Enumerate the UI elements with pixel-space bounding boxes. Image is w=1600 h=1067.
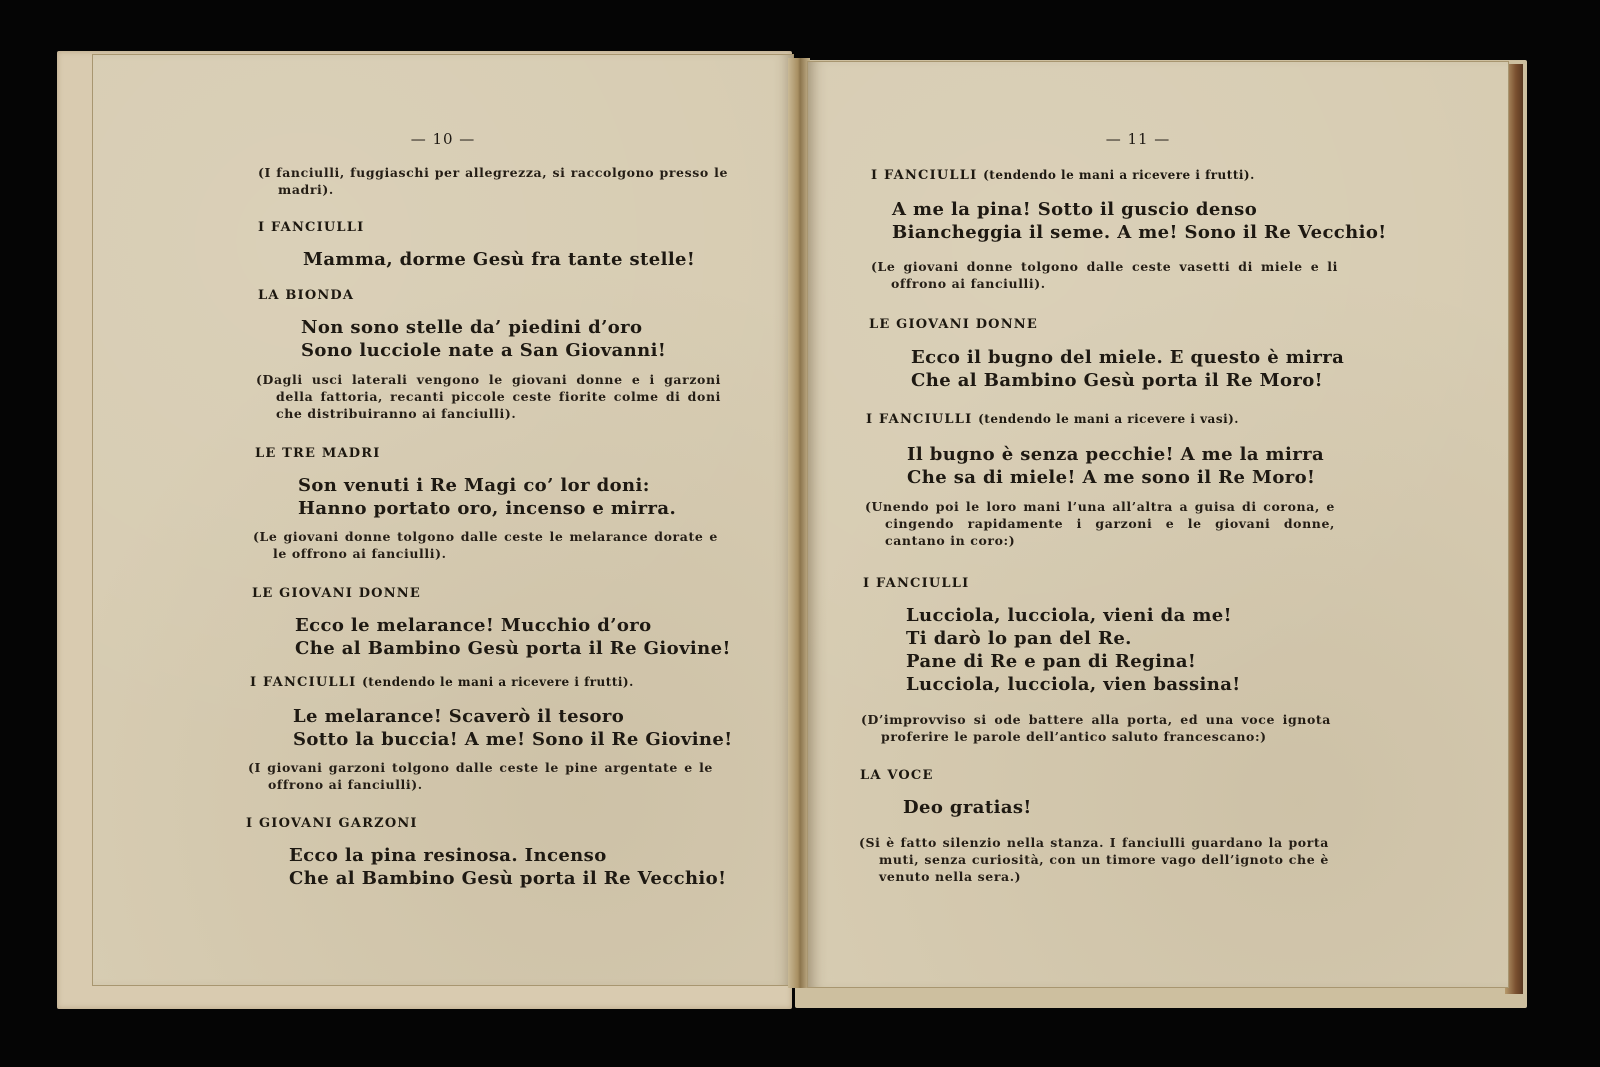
verse: Il bugno è senza pecchie! A me la mirra …: [907, 443, 1324, 489]
verse: Le melarance! Scaverò il tesoro Sotto la…: [293, 705, 733, 751]
verse-line: Deo gratias!: [903, 796, 1032, 819]
verse-line: Non sono stelle da’ piedini d’oro: [301, 316, 666, 339]
speaker-name: LA BIONDA: [258, 288, 354, 303]
verse-line: Hanno portato oro, incenso e mirra.: [298, 497, 676, 520]
stage-note: (tendendo le mani a ricevere i vasi).: [978, 412, 1239, 426]
stage-note: (tendendo le mani a ricevere i frutti).: [983, 168, 1255, 182]
verse-line: Ti darò lo pan del Re.: [906, 627, 1241, 650]
verse-line: Pane di Re e pan di Regina!: [906, 650, 1241, 673]
verse-line: Sotto la buccia! A me! Sono il Re Giovin…: [293, 728, 733, 751]
verse: Non sono stelle da’ piedini d’oro Sono l…: [301, 316, 666, 362]
speaker-name: LE GIOVANI DONNE: [252, 586, 421, 601]
verse-line: Il bugno è senza pecchie! A me la mirra: [907, 443, 1324, 466]
open-book: — 10 — (I fanciulli, fuggiaschi per alle…: [0, 0, 1600, 1067]
speaker-label: I FANCIULLI: [250, 675, 356, 690]
verse-line: Ecco la pina resinosa. Incenso: [289, 844, 726, 867]
speaker-name: LE TRE MADRI: [255, 446, 381, 461]
verse: Mamma, dorme Gesù fra tante stelle!: [303, 248, 695, 271]
speaker-name: I FANCIULLI (tendendo le mani a ricevere…: [871, 168, 1255, 183]
page-number: — 10 —: [93, 130, 793, 148]
verse-line: Lucciola, lucciola, vieni da me!: [906, 604, 1241, 627]
verse-line: Che al Bambino Gesù porta il Re Moro!: [911, 369, 1344, 392]
stage-direction: (Dagli usci laterali vengono le giovani …: [256, 371, 721, 422]
stage-direction: (D’improvviso si ode battere alla porta,…: [861, 711, 1331, 745]
stage-direction: (Le giovani donne tolgono dalle ceste va…: [871, 258, 1338, 292]
verse-line: Ecco il bugno del miele. E questo è mirr…: [911, 346, 1344, 369]
verse-line: A me la pina! Sotto il guscio denso: [892, 198, 1387, 221]
verse: Son venuti i Re Magi co’ lor doni: Hanno…: [298, 474, 676, 520]
stage-direction: (I fanciulli, fuggiaschi per allegrezza,…: [258, 164, 728, 198]
speaker-label: I FANCIULLI: [871, 168, 977, 183]
verse-line: Che sa di miele! A me sono il Re Moro!: [907, 466, 1324, 489]
stage-note: (tendendo le mani a ricevere i frutti).: [362, 675, 634, 689]
verse: Ecco la pina resinosa. Incenso Che al Ba…: [289, 844, 726, 890]
speaker-name: I FANCIULLI (tendendo le mani a ricevere…: [250, 675, 634, 690]
page-number: — 11 —: [788, 130, 1488, 148]
verse: Ecco il bugno del miele. E questo è mirr…: [911, 346, 1344, 392]
verse-line: Ecco le melarance! Mucchio d’oro: [295, 614, 731, 637]
stage-direction: (I giovani garzoni tolgono dalle ceste l…: [248, 759, 713, 793]
stage-direction: (Si è fatto silenzio nella stanza. I fan…: [859, 834, 1329, 885]
speaker-name: I FANCIULLI (tendendo le mani a ricevere…: [866, 412, 1239, 427]
verse-line: Che al Bambino Gesù porta il Re Vecchio!: [289, 867, 726, 890]
speaker-name: I FANCIULLI: [863, 576, 969, 591]
verse-line: Biancheggia il seme. A me! Sono il Re Ve…: [892, 221, 1387, 244]
verse-line: Mamma, dorme Gesù fra tante stelle!: [303, 248, 695, 271]
verse-line: Lucciola, lucciola, vien bassina!: [906, 673, 1241, 696]
verse: Ecco le melarance! Mucchio d’oro Che al …: [295, 614, 731, 660]
speaker-label: I FANCIULLI: [866, 412, 972, 427]
left-page: — 10 — (I fanciulli, fuggiaschi per alle…: [93, 55, 793, 985]
book-gutter: [788, 58, 810, 988]
right-page: — 11 — I FANCIULLI (tendendo le mani a r…: [808, 62, 1508, 987]
verse: Deo gratias!: [903, 796, 1032, 819]
stage-direction: (Unendo poi le loro mani l’una all’altra…: [865, 498, 1335, 549]
speaker-name: I FANCIULLI: [258, 220, 364, 235]
stage-direction: (Le giovani donne tolgono dalle ceste le…: [253, 528, 718, 562]
speaker-name: LA VOCE: [860, 768, 934, 783]
verse-line: Sono lucciole nate a San Giovanni!: [301, 339, 666, 362]
verse-line: Le melarance! Scaverò il tesoro: [293, 705, 733, 728]
speaker-name: I GIOVANI GARZONI: [246, 816, 418, 831]
verse-line: Son venuti i Re Magi co’ lor doni:: [298, 474, 676, 497]
speaker-name: LE GIOVANI DONNE: [869, 317, 1038, 332]
verse: Lucciola, lucciola, vieni da me! Ti darò…: [906, 604, 1241, 696]
verse-line: Che al Bambino Gesù porta il Re Giovine!: [295, 637, 731, 660]
verse: A me la pina! Sotto il guscio denso Bian…: [892, 198, 1387, 244]
